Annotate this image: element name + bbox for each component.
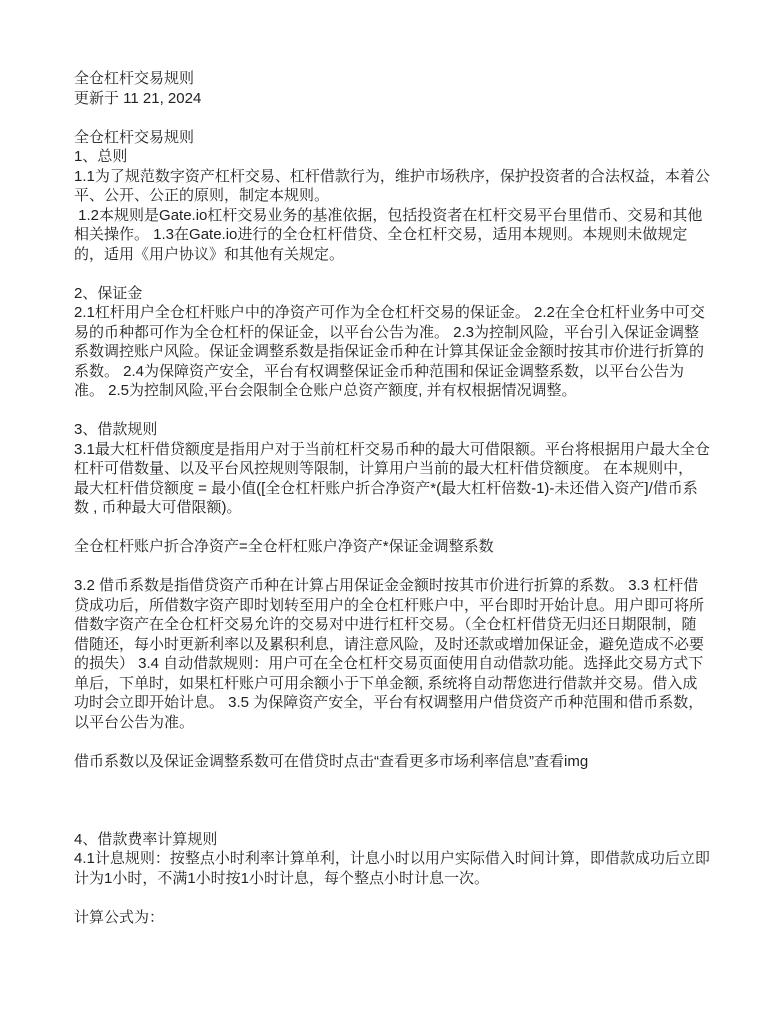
section-3-heading: 3、借款规则 <box>74 420 710 440</box>
spacer <box>74 401 710 421</box>
para-4-1: 4.1计息规则：按整点小时利率计算单利，计息小时以用户实际借入时间计算，即借款成… <box>74 849 710 888</box>
section-1-heading: 1、总则 <box>74 147 710 167</box>
para-3-2-to-3-5: 3.2 借币系数是指借贷资产币种在计算占用保证金金额时按其市价进行折算的系数。 … <box>74 576 710 732</box>
spacer <box>74 108 710 128</box>
document-page: 全仓杠杆交易规则 更新于 11 21, 2024 全仓杠杆交易规则 1、总则 1… <box>0 0 768 927</box>
formula-intro-label: 计算公式为： <box>74 908 710 928</box>
doc-title: 全仓杠杆交易规则 <box>74 69 710 89</box>
spacer <box>74 518 710 538</box>
updated-date: 更新于 11 21, 2024 <box>74 89 710 109</box>
formula-net-assets: 全仓杠杆账户折合净资产=全仓杆杠账户净资产*保证金调整系数 <box>74 537 710 557</box>
note-rate-info: 借币系数以及保证金调整系数可在借贷时点击“查看更多市场利率信息”查看img <box>74 752 710 772</box>
body-title: 全仓杠杆交易规则 <box>74 128 710 148</box>
image-placeholder-gap <box>74 771 710 830</box>
spacer <box>74 557 710 577</box>
spacer <box>74 888 710 908</box>
para-1-1: 1.1为了规范数字资产杠杆交易、杠杆借款行为，维护市场秩序，保护投资者的合法权益… <box>74 167 710 206</box>
spacer <box>74 732 710 752</box>
para-3-1: 3.1最大杠杆借贷额度是指用户对于当前杠杆交易币种的最大可借限额。平台将根据用户… <box>74 440 710 518</box>
para-1-2-1-3: 1.2本规则是Gate.io杠杆交易业务的基准依据，包括投资者在杠杆交易平台里借… <box>74 206 710 265</box>
section-2-heading: 2、保证金 <box>74 284 710 304</box>
spacer <box>74 264 710 284</box>
para-2-1-to-2-5: 2.1杠杆用户全仓杠杆账户中的净资产可作为全仓杠杆交易的保证金。 2.2在全仓杠… <box>74 303 710 401</box>
section-4-heading: 4、借款费率计算规则 <box>74 830 710 850</box>
